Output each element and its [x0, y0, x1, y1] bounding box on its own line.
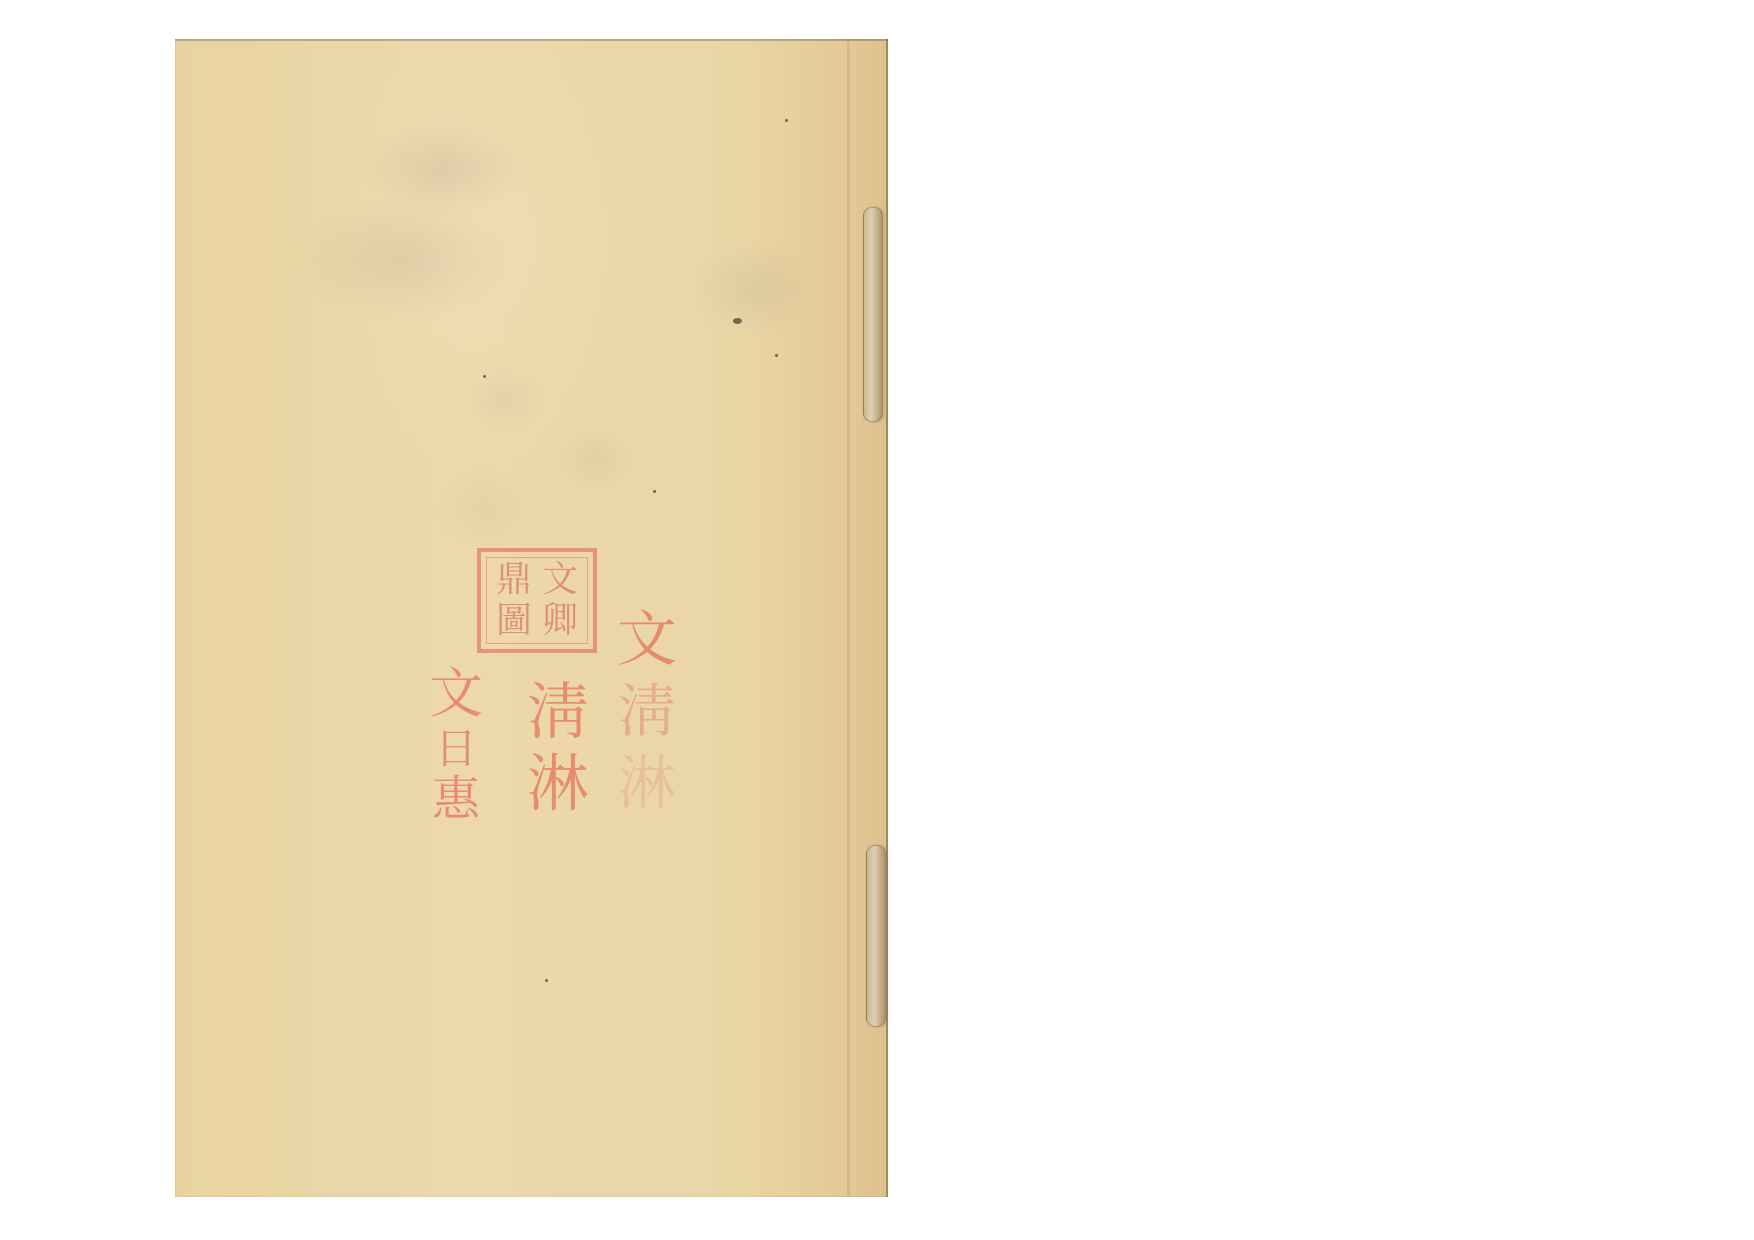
inscription-column-left: 文 日 惠	[423, 663, 489, 825]
ink-speck	[653, 490, 656, 493]
seal-character-grid: 文 鼎 卿 圖	[491, 560, 583, 641]
inscription-char: 淸	[618, 675, 676, 747]
spine-edge	[886, 39, 888, 1197]
inscription-column-right: 文 淸 淋	[609, 605, 685, 819]
ink-speck	[785, 119, 788, 122]
binding-twist-upper	[863, 207, 883, 422]
inscription-char: 淸	[527, 676, 589, 748]
seal-char: 圖	[491, 601, 537, 642]
inscription-char: 淋	[527, 748, 589, 820]
ink-speck	[733, 318, 742, 324]
spine-fold-line	[847, 39, 850, 1197]
inscription-char: 文	[617, 605, 677, 675]
square-seal: 文 鼎 卿 圖	[477, 548, 597, 653]
ink-speck	[483, 375, 486, 378]
inscription-column-middle: 淸 淋	[518, 676, 598, 820]
page-top-edge	[175, 39, 888, 41]
binding-twist-lower	[866, 845, 886, 1027]
ink-speck	[545, 979, 548, 982]
scan-canvas: 文 鼎 卿 圖 文 淸 淋 淸 淋 文 日 惠	[0, 0, 1754, 1240]
inscription-char: 淋	[618, 747, 676, 819]
seal-char: 卿	[537, 601, 583, 642]
inscription-char: 文	[429, 663, 483, 725]
seal-char: 鼎	[491, 560, 537, 601]
inscription-char: 日	[435, 725, 477, 773]
book-page: 文 鼎 卿 圖 文 淸 淋 淸 淋 文 日 惠	[175, 39, 888, 1197]
ink-speck	[775, 354, 778, 357]
seal-char: 文	[537, 560, 583, 601]
inscription-char: 惠	[432, 773, 480, 825]
